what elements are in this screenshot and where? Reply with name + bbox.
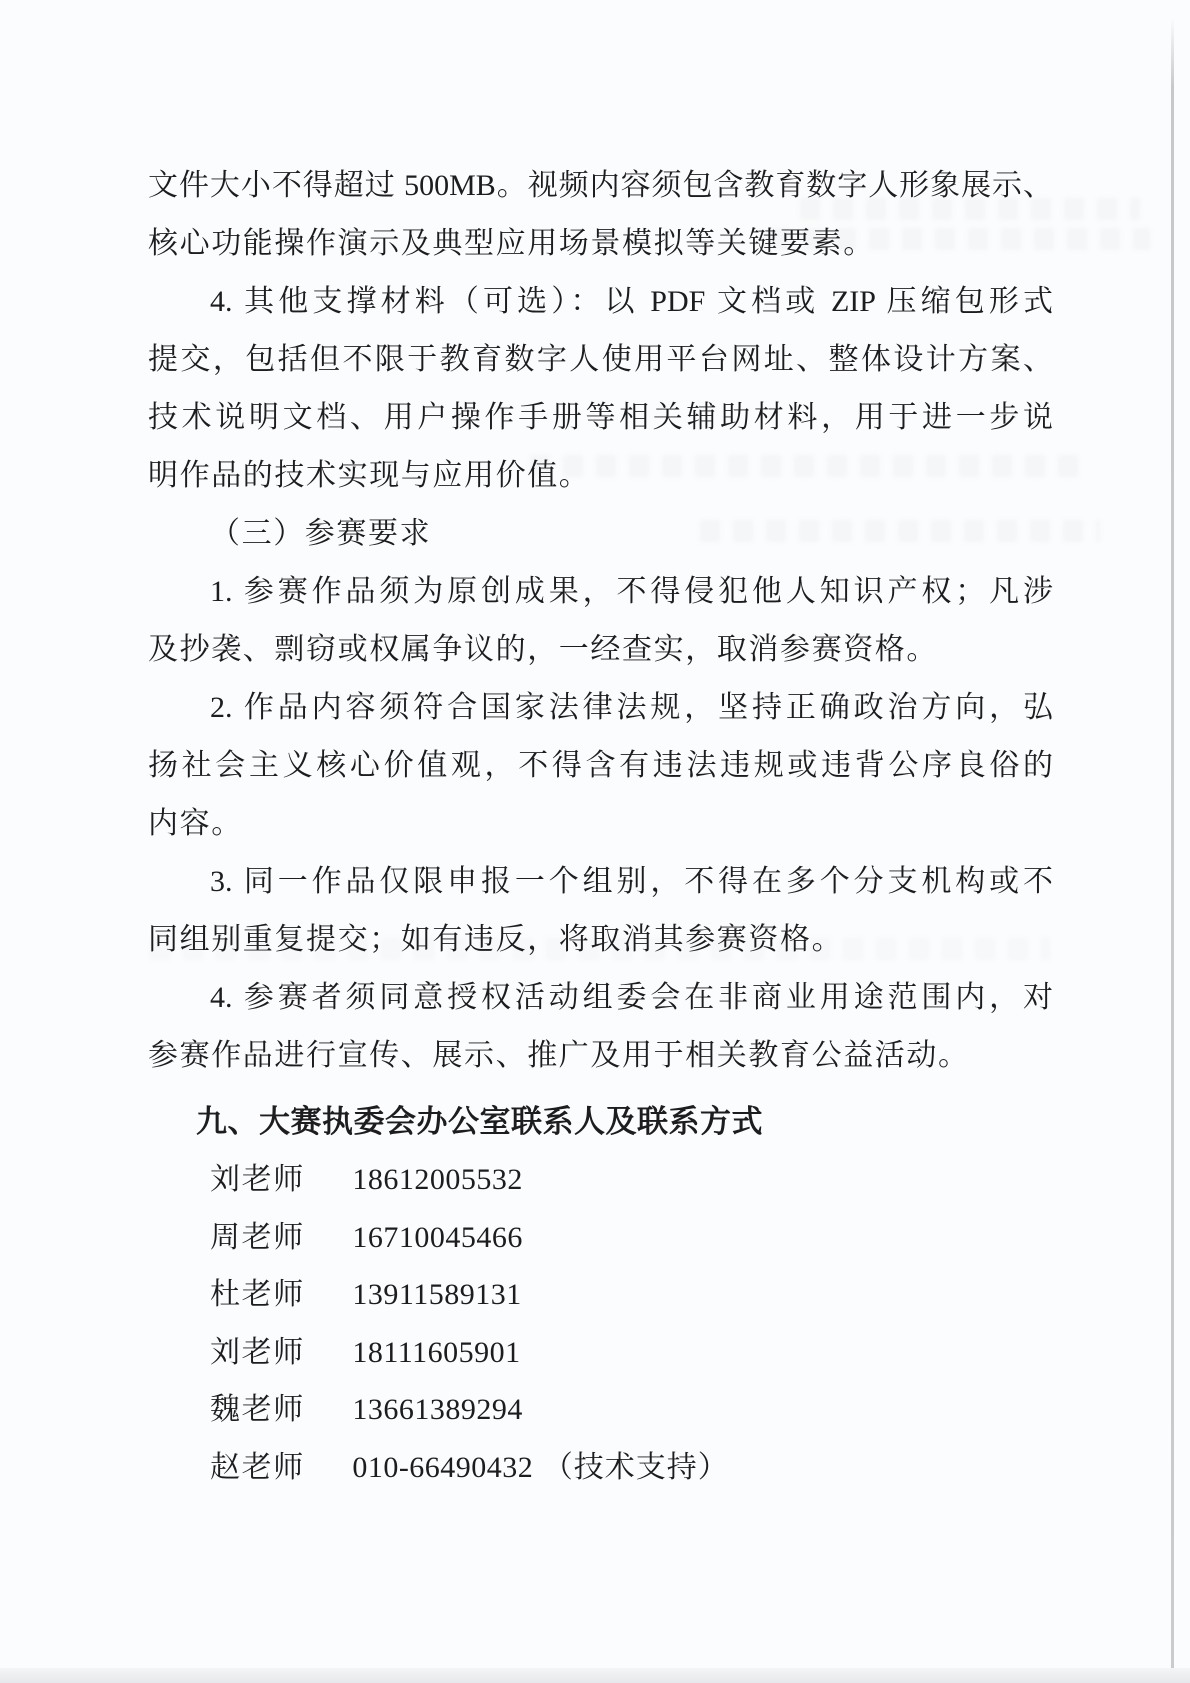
contact-row: 刘老师 18111605901 xyxy=(148,1324,1053,1382)
scan-right-edge-line xyxy=(1171,18,1174,1683)
body-line: 技术说明文档、用户操作手册等相关辅助材料，用于进一步说 xyxy=(148,389,1053,447)
contact-name: 魏老师 xyxy=(210,1393,305,1426)
contact-name: 刘老师 xyxy=(210,1336,305,1369)
body-line: 同组别重复提交；如有违反，将取消其参赛资格。 xyxy=(148,911,1053,969)
contact-row: 刘老师 18612005532 xyxy=(148,1151,1053,1209)
document-body: 文件大小不得超过 500MB。视频内容须包含教育数字人形象展示、核心功能操作演示… xyxy=(148,157,1053,1496)
body-line: 2. 作品内容须符合国家法律法规，坚持正确政治方向，弘 xyxy=(148,679,1053,737)
contact-row: 杜老师 13911589131 xyxy=(148,1266,1053,1324)
body-line: 核心功能操作演示及典型应用场景模拟等关键要素。 xyxy=(148,215,1053,273)
body-line: 文件大小不得超过 500MB。视频内容须包含教育数字人形象展示、 xyxy=(148,157,1053,215)
contact-list: 刘老师 18612005532 周老师 16710045466 杜老师 1391… xyxy=(148,1151,1053,1496)
contact-phone: 18612005532 xyxy=(352,1163,523,1196)
body-line: （三）参赛要求 xyxy=(148,505,1053,563)
contact-name: 赵老师 xyxy=(210,1451,305,1484)
contact-name: 刘老师 xyxy=(210,1163,305,1196)
contact-name: 周老师 xyxy=(210,1221,305,1254)
body-line: 参赛作品进行宣传、展示、推广及用于相关教育公益活动。 xyxy=(148,1027,1053,1085)
body-line: 4. 其他支撑材料（可选）：以 PDF 文档或 ZIP 压缩包形式 xyxy=(148,273,1053,331)
contact-phone: 13911589131 xyxy=(352,1278,521,1311)
body-line: 1. 参赛作品须为原创成果，不得侵犯他人知识产权；凡涉 xyxy=(148,563,1053,621)
body-paragraph-lines: 文件大小不得超过 500MB。视频内容须包含教育数字人形象展示、核心功能操作演示… xyxy=(148,157,1053,1085)
contact-row: 周老师 16710045466 xyxy=(148,1209,1053,1267)
section-heading: 九、大赛执委会办公室联系人及联系方式 xyxy=(148,1093,1053,1151)
contact-row: 魏老师 13661389294 xyxy=(148,1381,1053,1439)
body-line: 扬社会主义核心价值观，不得含有违法违规或违背公序良俗的 xyxy=(148,737,1053,795)
contact-phone: 13661389294 xyxy=(352,1393,523,1426)
contact-phone: 18111605901 xyxy=(352,1336,520,1369)
scan-bottom-edge-band xyxy=(0,1668,1190,1683)
contact-name: 杜老师 xyxy=(210,1278,305,1311)
contact-phone: 16710045466 xyxy=(352,1221,523,1254)
body-line: 4. 参赛者须同意授权活动组委会在非商业用途范围内，对 xyxy=(148,969,1053,1027)
body-line: 明作品的技术实现与应用价值。 xyxy=(148,447,1053,505)
contact-phone: 010-66490432 xyxy=(352,1451,533,1484)
body-line: 3. 同一作品仅限申报一个组别，不得在多个分支机构或不 xyxy=(148,853,1053,911)
body-line: 提交，包括但不限于教育数字人使用平台网址、整体设计方案、 xyxy=(148,331,1053,389)
document-page: 文件大小不得超过 500MB。视频内容须包含教育数字人形象展示、核心功能操作演示… xyxy=(0,0,1190,1683)
contact-row: 赵老师 010-66490432 （技术支持） xyxy=(148,1439,1053,1497)
body-line: 内容。 xyxy=(148,795,1053,853)
body-line: 及抄袭、剽窃或权属争议的，一经查实，取消参赛资格。 xyxy=(148,621,1053,679)
contact-note: （技术支持） xyxy=(543,1451,729,1484)
